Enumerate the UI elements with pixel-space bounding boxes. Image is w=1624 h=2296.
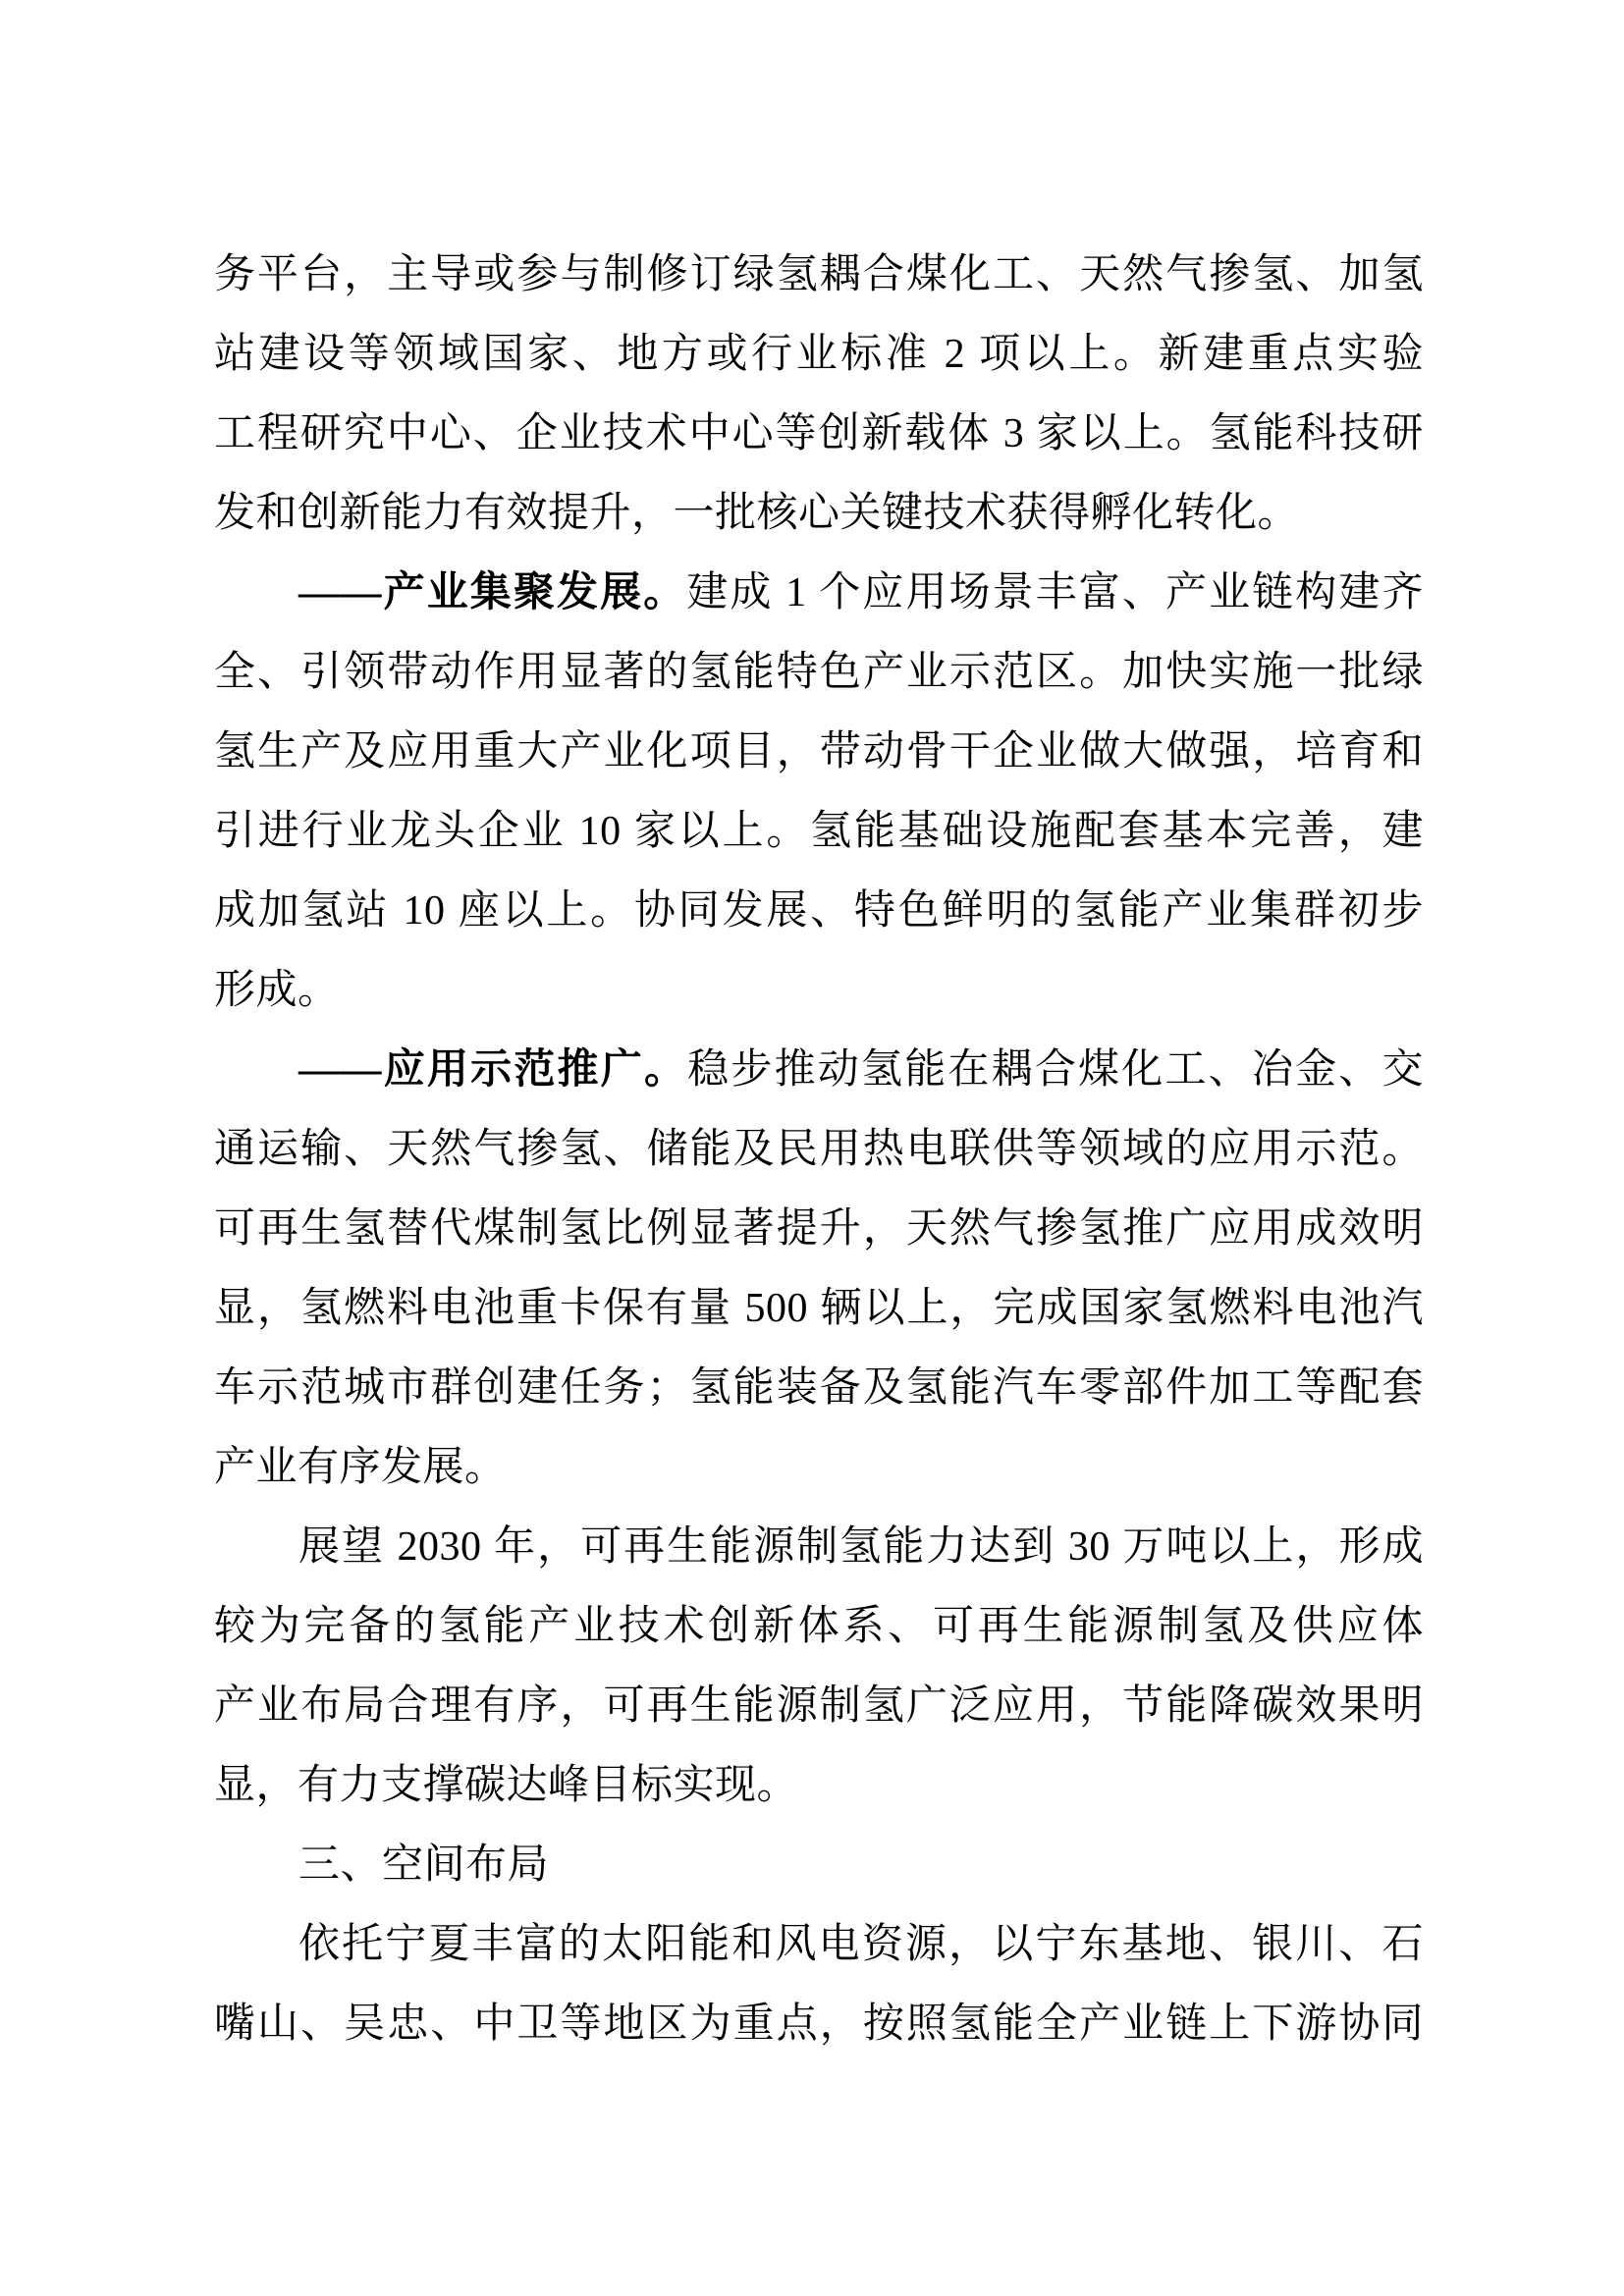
text-segment: 三、空间布局 (298, 1842, 549, 1888)
text-line: 嘴山、吴忠、中卫等地区为重点，按照氢能全产业链上下游协同 (214, 1985, 1424, 2064)
text-segment: 成加氢站 10 座以上。协同发展、特色鲜明的氢能产业集群初步 (214, 888, 1424, 934)
text-line: 车示范城市群创建任务；氢能装备及氢能汽车零部件加工等配套 (214, 1349, 1424, 1428)
text-line: 通运输、天然气掺氢、储能及民用热电联供等领域的应用示范。 (214, 1110, 1424, 1190)
text-segment-bold: ——应用示范推广。 (298, 1047, 687, 1093)
text-segment: 较为完备的氢能产业技术创新体系、可再生能源制氢及供应体系。 (214, 1604, 1424, 1667)
text-segment: 引进行业龙头企业 10 家以上。氢能基础设施配套基本完善，建 (214, 809, 1424, 854)
text-segment: 产业有序发展。 (214, 1445, 507, 1490)
text-line: 三、空间布局 (214, 1826, 1424, 1905)
document-page: 务平台，主导或参与制修订绿氢耦合煤化工、天然气掺氢、加氢站建设等领域国家、地方或… (0, 0, 1624, 2296)
text-line: ——应用示范推广。稳步推动氢能在耦合煤化工、冶金、交 (214, 1031, 1424, 1110)
text-segment: 全、引领带动作用显著的氢能特色产业示范区。加快实施一批绿 (214, 650, 1424, 695)
text-line: 显，氢燃料电池重卡保有量 500 辆以上，完成国家氢燃料电池汽 (214, 1269, 1424, 1349)
text-segment: 工程研究中心、企业技术中心等创新载体 3 家以上。氢能科技研 (214, 411, 1424, 456)
text-line: 氢生产及应用重大产业化项目，带动骨干企业做大做强，培育和 (214, 713, 1424, 792)
text-segment: 显，有力支撑碳达峰目标实现。 (214, 1763, 798, 1808)
text-line: 站建设等领域国家、地方或行业标准 2 项以上。新建重点实验室、 (214, 315, 1424, 395)
text-segment: 车示范城市群创建任务；氢能装备及氢能汽车零部件加工等配套 (214, 1365, 1424, 1411)
text-line: 较为完备的氢能产业技术创新体系、可再生能源制氢及供应体系。 (214, 1587, 1424, 1667)
text-line: 显，有力支撑碳达峰目标实现。 (214, 1746, 1424, 1826)
text-segment: 发和创新能力有效提升，一批核心关键技术获得孵化转化。 (214, 491, 1299, 536)
text-segment: 显，氢燃料电池重卡保有量 500 辆以上，完成国家氢燃料电池汽 (214, 1286, 1424, 1331)
text-line: 引进行业龙头企业 10 家以上。氢能基础设施配套基本完善，建 (214, 792, 1424, 872)
text-line: 形成。 (214, 951, 1424, 1031)
text-line: 全、引领带动作用显著的氢能特色产业示范区。加快实施一批绿 (214, 633, 1424, 713)
text-line: 展望 2030 年，可再生能源制氢能力达到 30 万吨以上，形成 (214, 1508, 1424, 1587)
text-line: ——产业集聚发展。建成 1 个应用场景丰富、产业链构建齐 (214, 554, 1424, 633)
text-segment: 依托宁夏丰富的太阳能和风电资源，以宁东基地、银川、石 (298, 1922, 1424, 1967)
text-line: 务平台，主导或参与制修订绿氢耦合煤化工、天然气掺氢、加氢 (214, 236, 1424, 315)
text-segment: 通运输、天然气掺氢、储能及民用热电联供等领域的应用示范。 (214, 1127, 1424, 1172)
text-segment: 形成。 (214, 968, 340, 1013)
text-line: 工程研究中心、企业技术中心等创新载体 3 家以上。氢能科技研 (214, 395, 1424, 474)
text-segment: 稳步推动氢能在耦合煤化工、冶金、交 (687, 1047, 1424, 1093)
text-line: 依托宁夏丰富的太阳能和风电资源，以宁东基地、银川、石 (214, 1905, 1424, 1985)
text-segment: 站建设等领域国家、地方或行业标准 2 项以上。新建重点实验室、 (214, 332, 1424, 395)
text-segment: 产业布局合理有序，可再生能源制氢广泛应用，节能降碳效果明 (214, 1683, 1424, 1729)
text-segment: 展望 2030 年，可再生能源制氢能力达到 30 万吨以上，形成 (298, 1524, 1424, 1570)
text-line: 发和创新能力有效提升，一批核心关键技术获得孵化转化。 (214, 474, 1424, 554)
text-line: 产业布局合理有序，可再生能源制氢广泛应用，节能降碳效果明 (214, 1667, 1424, 1746)
text-segment: 氢生产及应用重大产业化项目，带动骨干企业做大做强，培育和 (214, 729, 1424, 774)
text-segment: 嘴山、吴忠、中卫等地区为重点，按照氢能全产业链上下游协同 (214, 2002, 1424, 2047)
text-segment: 务平台，主导或参与制修订绿氢耦合煤化工、天然气掺氢、加氢 (214, 252, 1424, 297)
text-segment: 建成 1 个应用场景丰富、产业链构建齐 (686, 570, 1424, 615)
text-line: 成加氢站 10 座以上。协同发展、特色鲜明的氢能产业集群初步 (214, 872, 1424, 951)
text-segment: 可再生氢替代煤制氢比例显著提升，天然气掺氢推广应用成效明 (214, 1206, 1424, 1252)
text-segment-bold: ——产业集聚发展。 (298, 570, 686, 615)
text-line: 产业有序发展。 (214, 1428, 1424, 1508)
document-text-block: 务平台，主导或参与制修订绿氢耦合煤化工、天然气掺氢、加氢站建设等领域国家、地方或… (214, 236, 1424, 2064)
text-line: 可再生氢替代煤制氢比例显著提升，天然气掺氢推广应用成效明 (214, 1190, 1424, 1269)
